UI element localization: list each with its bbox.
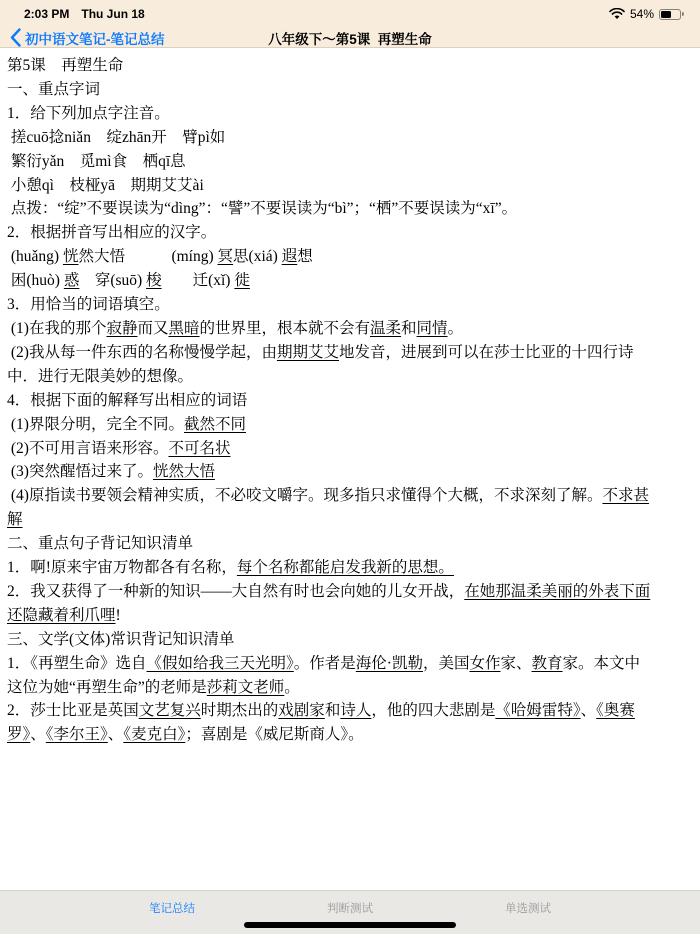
text-line: 第5课 再塑生命	[7, 54, 695, 78]
status-right: 54%	[609, 7, 684, 21]
text-line: 搓cuō捻niǎn 绽zhān开 臂pì如	[7, 126, 695, 150]
text-line: 还隐藏着利爪哩!	[7, 604, 695, 628]
wifi-icon	[609, 8, 625, 20]
tab-single-choice-test[interactable]: 单选测试	[505, 900, 551, 916]
nav-bar: 初中语文笔记-笔记总结 八年级下～第5课 再塑生命	[0, 25, 700, 50]
chevron-left-icon	[10, 28, 21, 47]
tab-notes-summary[interactable]: 笔记总结	[149, 900, 195, 916]
tab-judgment-test[interactable]: 判断测试	[327, 900, 373, 916]
text-line: (huǎng) 恍然大悟 (míng) 冥思(xiá) 遐想	[7, 245, 695, 269]
text-line: 二、重点句子背记知识清单	[7, 532, 695, 556]
status-time: 2:03 PM	[24, 7, 69, 21]
app-screen: 2:03 PM Thu Jun 18 54%	[0, 0, 700, 934]
text-line: (2)我从每一件东西的名称慢慢学起，由期期艾艾地发音，进展到可以在莎士比亚的十四…	[7, 341, 695, 365]
text-line: 2．莎士比亚是英国文艺复兴时期杰出的戏剧家和诗人，他的四大悲剧是《哈姆雷特》、《…	[7, 699, 695, 723]
notes-document[interactable]: 第5课 再塑生命一、重点字词1．给下列加点字注音。 搓cuō捻niǎn 绽zhā…	[0, 48, 700, 890]
text-line: 1．啊!原来宇宙万物都各有名称，每个名称都能启发我新的思想。	[7, 556, 695, 580]
text-line: 点拨：“绽”不要误读为“dìng”：“譬”不要误读为“bì”；“栖”不要误读为“…	[7, 197, 695, 221]
text-line: 罗》、《李尔王》、《麦克白》；喜剧是《威尼斯商人》。	[7, 723, 695, 747]
text-line: 中．进行无限美妙的想像。	[7, 365, 695, 389]
text-line: 4．根据下面的解释写出相应的词语	[7, 389, 695, 413]
text-line: 三、文学(文体)常识背记知识清单	[7, 628, 695, 652]
status-bar: 2:03 PM Thu Jun 18 54%	[0, 0, 700, 25]
status-date: Thu Jun 18	[81, 7, 144, 21]
battery-icon	[659, 9, 684, 20]
text-line: (3)突然醒悟过来了。恍然大悟	[7, 460, 695, 484]
top-bars: 2:03 PM Thu Jun 18 54%	[0, 0, 700, 48]
text-line: 繁衍yǎn 觅mì食 栖qī息	[7, 150, 695, 174]
text-line: 解	[7, 508, 695, 532]
status-left: 2:03 PM Thu Jun 18	[24, 7, 145, 21]
text-line: 小憩qì 枝桠yā 期期艾艾ài	[7, 174, 695, 198]
text-line: 1．《再塑生命》选自《假如给我三天光明》。作者是海伦·凯勒，美国女作家、教育家。…	[7, 652, 695, 676]
text-line: 一、重点字词	[7, 78, 695, 102]
text-line: (2)不可用言语来形容。不可名状	[7, 437, 695, 461]
text-line: 这位为她“再塑生命”的老师是莎莉文老师。	[7, 676, 695, 700]
text-line: 3．用恰当的词语填空。	[7, 293, 695, 317]
text-line: 困(huò) 惑 穿(suō) 梭 迁(xǐ) 徙	[7, 269, 695, 293]
text-line: 2．根据拼音写出相应的汉字。	[7, 221, 695, 245]
back-button[interactable]: 初中语文笔记-笔记总结	[10, 28, 165, 48]
back-label: 初中语文笔记-笔记总结	[25, 28, 165, 48]
text-line: (4)原指读书要领会精神实质，不必咬文嚼字。现多指只求懂得个大概，不求深刻了解。…	[7, 484, 695, 508]
text-line: (1)在我的那个寂静而又黑暗的世界里，根本就不会有温柔和同情。	[7, 317, 695, 341]
home-indicator[interactable]	[244, 922, 456, 928]
text-line: 1．给下列加点字注音。	[7, 102, 695, 126]
text-line: (1)界限分明，完全不同。截然不同	[7, 413, 695, 437]
battery-percent: 54%	[630, 7, 654, 21]
text-line: 2．我又获得了一种新的知识——大自然有时也会向她的儿女开战，在她那温柔美丽的外表…	[7, 580, 695, 604]
